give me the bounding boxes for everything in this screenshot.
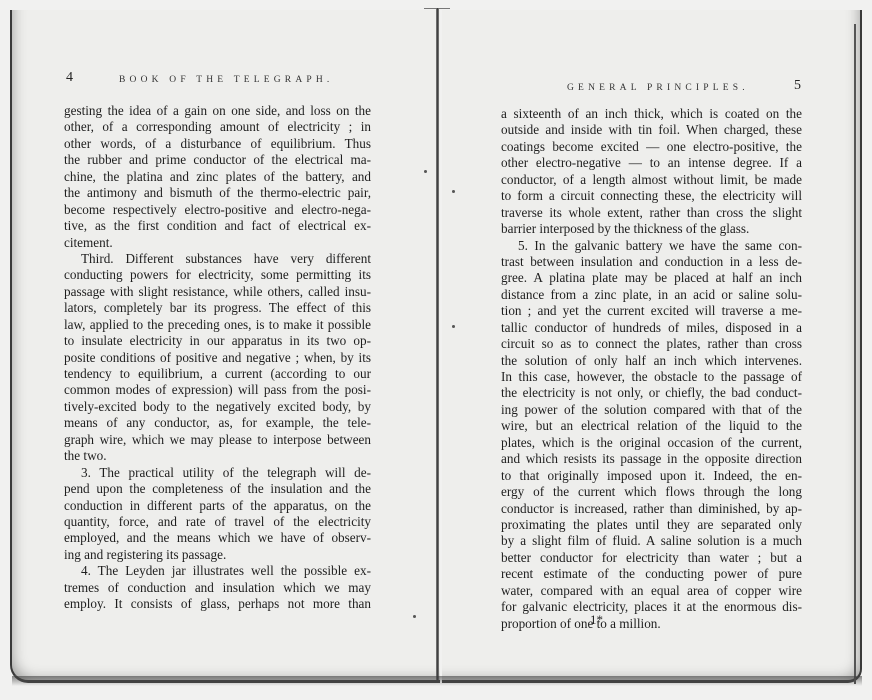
text-line: outside and inside with tin foil. When c… [501,122,802,138]
text-line: to insulate electricity in our apparatus… [64,333,371,349]
text-line: other words, of a disturbance of equilib… [64,136,371,152]
text-line: 5. In the galvanic battery we have the s… [501,238,802,254]
text-line: quantity, force, and rate of travel of t… [64,514,371,530]
text-line: tallic conductor of hundreds of miles, d… [501,320,802,336]
ink-speck [452,190,455,193]
text-line: recent estimate of the conducting power … [501,566,802,582]
text-line: to that originally imposed upon it. Inde… [501,468,802,484]
signature-mark: 1* [590,612,603,628]
text-line: other, of a corresponding amount of elec… [64,119,371,135]
text-line: Third. Different substances have very di… [64,251,371,267]
text-line: tively-excited body to the negatively ex… [64,399,371,415]
ink-speck [452,325,455,328]
text-line: ing and registering its passage. [64,547,371,563]
left-page-number: 4 [66,70,73,86]
text-line: the antimony and bismuth of the thermo-e… [64,185,371,201]
text-line: passage with slight resistance, while ot… [64,284,371,300]
text-line: proportion of one to a million. [501,616,802,632]
text-line: In this case, however, the obstacle to t… [501,369,802,385]
text-line: pend upon the completeness of the insula… [64,481,371,497]
text-line: traverse its whole extent, rather than c… [501,205,802,221]
text-line: tion ; and yet the current excited will … [501,303,802,319]
book-gutter [436,8,439,680]
text-line: citement. [64,235,371,251]
text-line: to form a circuit connecting these, the … [501,188,802,204]
text-line: plates, which is the original occasion o… [501,435,802,451]
text-line: posite conditions of positive and negati… [64,350,371,366]
text-line: the two. [64,448,371,464]
text-line: wire, but an electrical relation of the … [501,418,802,434]
text-line: means of any conductor, as, for example,… [64,415,371,431]
text-line: 3. The practical utility of the telegrap… [64,465,371,481]
text-line: barrier interposed by the thickness of t… [501,221,802,237]
text-line: other electro-negative — to an intense d… [501,155,802,171]
text-line: better conductor for electricity than wa… [501,550,802,566]
text-line: gesting the idea of a gain on one side, … [64,103,371,119]
text-line: tremes of conduction and insulation whic… [64,580,371,596]
text-line: 4. The Leyden jar illustrates well the p… [64,563,371,579]
text-line: for galvanic electricity, places it at t… [501,599,802,615]
right-page-number: 5 [794,78,801,94]
ink-speck [424,170,427,173]
bottom-edge-shadow [12,676,862,686]
text-line: become respectively electro-positive and… [64,202,371,218]
page-edge-line [854,24,856,684]
book-spread: 4 BOOK OF THE TELEGRAPH. GENERAL PRINCIP… [0,0,872,700]
text-line: lators, completely bar its progress. The… [64,300,371,316]
text-line: the rubber and prime conductor of the el… [64,152,371,168]
right-running-head: GENERAL PRINCIPLES. [567,83,749,93]
text-line: a sixteenth of an inch thick, which is c… [501,106,802,122]
text-line: employed, and the means which we have of… [64,530,371,546]
text-line: circuit so as to connect the plates, rat… [501,336,802,352]
right-page-body-text: a sixteenth of an inch thick, which is c… [501,106,802,632]
text-line: tendency to equilibrium, a current (acco… [64,366,371,382]
ink-speck [413,615,416,618]
text-line: employ. It consists of glass, perhaps no… [64,596,371,612]
text-line: ing power of the solution compared with … [501,402,802,418]
text-line: the solution of only half an inch which … [501,353,802,369]
text-line: graph wire, which we may please to inter… [64,432,371,448]
text-line: distance from a zinc plate, in an acid o… [501,287,802,303]
text-line: the electricity is not only, or chiefly,… [501,385,802,401]
text-line: and which resists its passage in the opp… [501,451,802,467]
text-line: by a slight film of fluid. A saline solu… [501,533,802,549]
text-line: trast between insulation and conduction … [501,254,802,270]
left-running-head: BOOK OF THE TELEGRAPH. [119,75,334,85]
text-line: water, compared with an equal area of co… [501,583,802,599]
text-line: conduction in different parts of the app… [64,498,371,514]
text-line: conducting powers for electricity, some … [64,267,371,283]
text-line: conductor is increased, rather than dimi… [501,501,802,517]
text-line: gree. A platina plate may be placed at h… [501,270,802,286]
text-line: ergy of the current which flows through … [501,484,802,500]
text-line: law, applied to the preceding ones, is t… [64,317,371,333]
text-line: chine, the platina and zinc plates of th… [64,169,371,185]
text-line: tive, as the first condition and fact of… [64,218,371,234]
text-line: conductor, of a length almost without li… [501,172,802,188]
text-line: coatings become excited — one electro-po… [501,139,802,155]
text-line: proximating the plates until they are se… [501,517,802,533]
left-page-body-text: gesting the idea of a gain on one side, … [64,103,371,613]
text-line: common modes of expression) will pass fr… [64,382,371,398]
